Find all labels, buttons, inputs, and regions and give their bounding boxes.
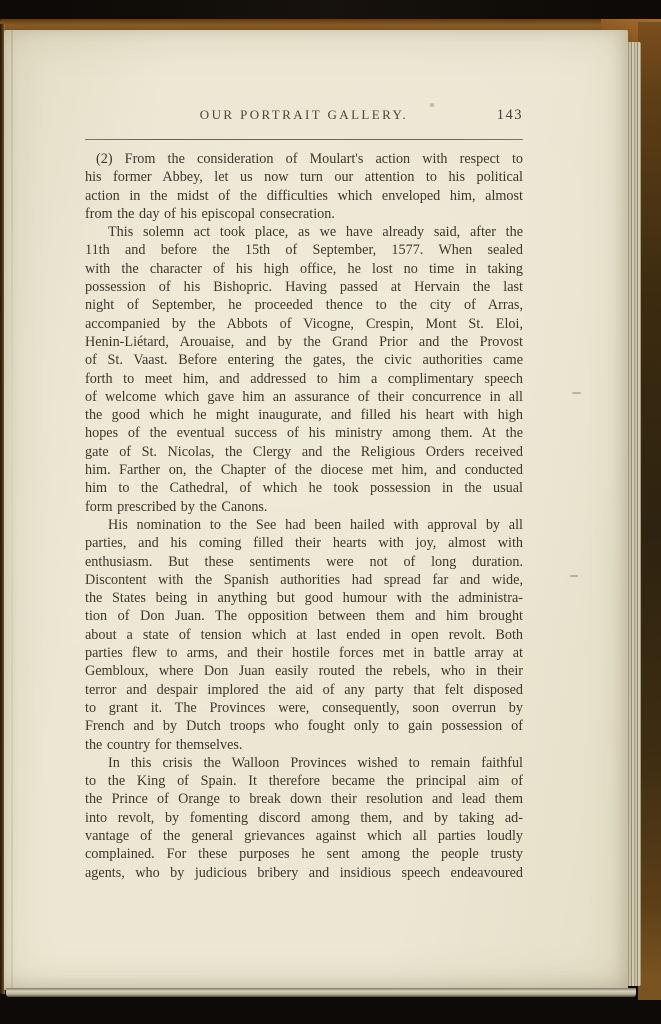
- book-page: OUR PORTRAIT GALLERY. 143 (2) From the c…: [4, 30, 628, 990]
- text-line: the good which he might inaugurate, and …: [85, 406, 523, 424]
- text-line: enthusiasm. But these sentiments were no…: [85, 553, 523, 571]
- text-line: 11th and before the 15th of September, 1…: [85, 241, 523, 259]
- text-line: tion of Don Juan. The opposition between…: [85, 607, 523, 625]
- text-line: him to the Cathedral, of which he took p…: [85, 479, 523, 497]
- text-line: night of September, he proceeded thence …: [85, 296, 523, 314]
- text-line: possession of his Bishopric. Having pass…: [85, 278, 523, 296]
- margin-mark: [572, 392, 581, 394]
- body-text: (2) From the consideration of Moulart's …: [85, 150, 523, 882]
- text-line: parties flew to arms, and their hostile …: [85, 644, 523, 662]
- paragraph: In this crisis the Walloon Provinces wis…: [85, 754, 523, 882]
- text-line: complained. For these purposes he sent a…: [85, 845, 523, 863]
- text-line: his former Abbey, let us now turn our at…: [85, 168, 523, 186]
- book-cover-right-edge: [638, 22, 661, 1000]
- page-crease: [11, 30, 13, 990]
- running-header: OUR PORTRAIT GALLERY. 143: [85, 107, 523, 124]
- text-line: form prescribed by the Canons.: [85, 498, 523, 516]
- text-line: hopes of the eventual success of his min…: [85, 424, 523, 442]
- printed-content: OUR PORTRAIT GALLERY. 143 (2) From the c…: [85, 107, 523, 882]
- text-line: the States being in anything but good hu…: [85, 589, 523, 607]
- text-line: of St. Vaast. Before entering the gates,…: [85, 351, 523, 369]
- text-line: forth to meet him, and addressed to him …: [85, 370, 523, 388]
- text-line: agents, who by judicious bribery and ins…: [85, 864, 523, 882]
- text-line: into revolt, by fomenting discord among …: [85, 809, 523, 827]
- text-line: parties, and his coming filled their hea…: [85, 534, 523, 552]
- text-line: from the day of his episcopal consecrati…: [85, 205, 523, 223]
- page-number: 143: [497, 107, 523, 124]
- margin-mark: [570, 575, 578, 577]
- text-line: Henin-Liétard, Arouaise, and by the Gran…: [85, 333, 523, 351]
- text-line: terror and despair implored the aid of a…: [85, 681, 523, 699]
- paragraph: His nomination to the See had been haile…: [85, 516, 523, 754]
- text-line: of welcome which gave him an assurance o…: [85, 388, 523, 406]
- text-line: action in the midst of the difficulties …: [85, 187, 523, 205]
- text-line: His nomination to the See had been haile…: [85, 516, 523, 534]
- header-rule: [85, 139, 523, 140]
- paragraph: (2) From the consideration of Moulart's …: [85, 150, 523, 223]
- text-line: the country for themselves.: [85, 736, 523, 754]
- text-line: French and by Dutch troops who fought on…: [85, 717, 523, 735]
- text-line: In this crisis the Walloon Provinces wis…: [85, 754, 523, 772]
- text-line: about a state of tension which at last e…: [85, 626, 523, 644]
- text-line: Gembloux, where Don Juan easily routed t…: [85, 662, 523, 680]
- text-line: Discontent with the Spanish authorities …: [85, 571, 523, 589]
- text-line: (2) From the consideration of Moulart's …: [85, 150, 523, 168]
- text-line: accompanied by the Abbots of Vicogne, Cr…: [85, 315, 523, 333]
- text-line: This solemn act took place, as we have a…: [85, 223, 523, 241]
- text-line: him. Farther on, the Chapter of the dioc…: [85, 461, 523, 479]
- text-line: with the character of his high office, h…: [85, 260, 523, 278]
- paragraph: This solemn act took place, as we have a…: [85, 223, 523, 516]
- header-title: OUR PORTRAIT GALLERY.: [85, 107, 523, 123]
- text-line: vantage of the general grievances agains…: [85, 827, 523, 845]
- text-line: to the King of Spain. It therefore becam…: [85, 772, 523, 790]
- page-stack-right-edge: [626, 42, 641, 986]
- text-line: gate of St. Nicolas, the Clergy and the …: [85, 443, 523, 461]
- text-line: the Prince of Orange to break down their…: [85, 790, 523, 808]
- page-stack-bottom-edge: [6, 988, 636, 997]
- text-line: to grant it. The Provinces were, consequ…: [85, 699, 523, 717]
